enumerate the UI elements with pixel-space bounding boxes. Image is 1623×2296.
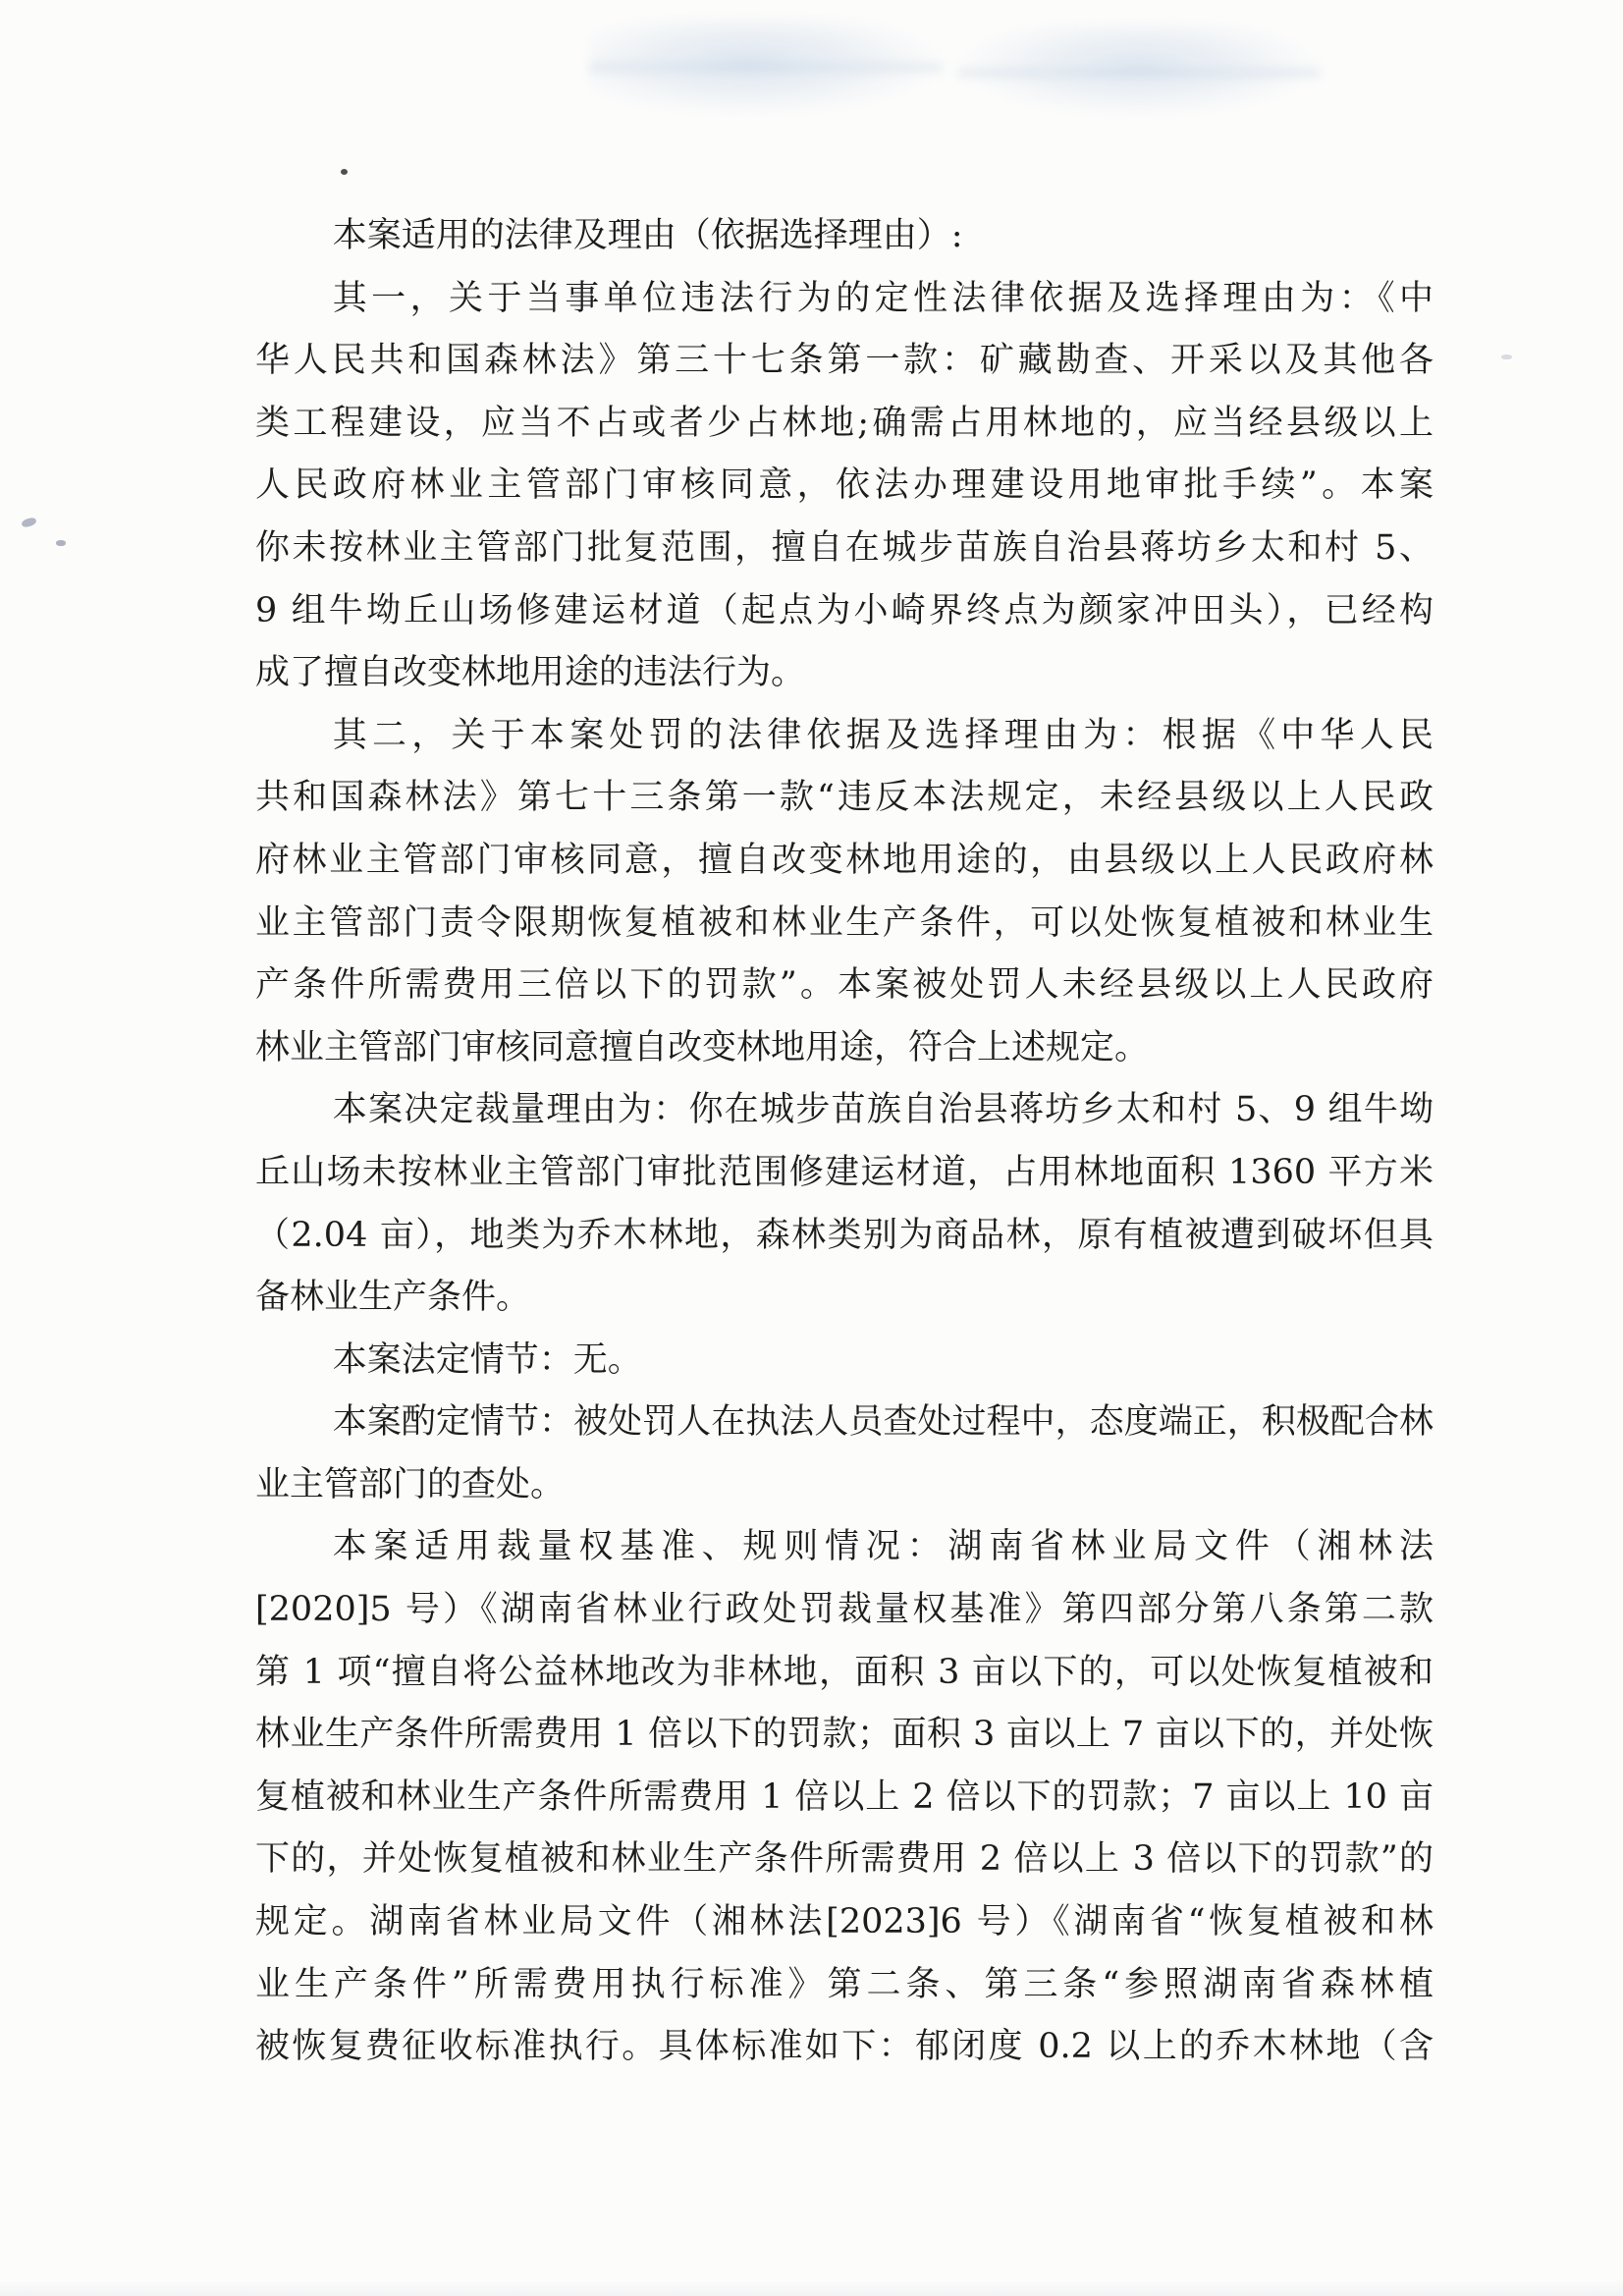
- text-line: 成了擅自改变林地用途的违法行为。: [255, 642, 1434, 705]
- text-line: 规定。湖南省林业局文件（湘林法[2023]6 号）《湖南省“恢复植被和林: [255, 1891, 1434, 1954]
- ink-bleed-smudge: [589, 18, 943, 116]
- text-line: 丘山场未按林业主管部门审批范围修建运材道，占用林地面积 1360 平方米: [255, 1142, 1434, 1205]
- scan-speck: [56, 540, 66, 546]
- scan-speck: [341, 169, 348, 175]
- text-line: 业主管部门责令限期恢复植被和林业生产条件，可以处恢复植被和林业生: [255, 893, 1434, 956]
- text-line: 本案酌定情节：被处罚人在执法人员查处过程中，态度端正，积极配合林: [255, 1392, 1434, 1454]
- text-line: 下的，并处恢复植被和林业生产条件所需费用 2 倍以上 3 倍以下的罚款”的: [255, 1829, 1434, 1891]
- text-line: 本案适用的法律及理由（依据选择理由）:: [255, 205, 1434, 268]
- text-line: 其二，关于本案处罚的法律依据及选择理由为：根据《中华人民: [255, 705, 1434, 768]
- scan-speck: [21, 517, 37, 528]
- text-line: 产条件所需费用三倍以下的罚款”。本案被处罚人未经县级以上人民政府: [255, 955, 1434, 1017]
- text-line: 府林业主管部门审核同意，擅自改变林地用途的，由县级以上人民政府林: [255, 830, 1434, 893]
- text-line: 林业主管部门审核同意擅自改变林地用途，符合上述规定。: [255, 1017, 1434, 1080]
- text-line: 本案决定裁量理由为：你在城步苗族自治县蒋坊乡太和村 5、9 组牛坳: [255, 1079, 1434, 1142]
- ink-bleed-smudge: [957, 24, 1321, 117]
- text-line: 被恢复费征收标准执行。具体标准如下：郁闭度 0.2 以上的乔木林地（含: [255, 2016, 1434, 2079]
- text-line: 类工程建设，应当不占或者少占林地;确需占用林地的，应当经县级以上: [255, 393, 1434, 456]
- document-text-body: 本案适用的法律及理由（依据选择理由）:其一，关于当事单位违法行为的定性法律依据及…: [255, 205, 1434, 2079]
- text-line: 业主管部门的查处。: [255, 1454, 1434, 1517]
- text-line: 本案适用裁量权基准、规则情况：湖南省林业局文件（湘林法: [255, 1516, 1434, 1579]
- text-line: 备林业生产条件。: [255, 1267, 1434, 1330]
- text-line: [2020]5 号）《湖南省林业行政处罚裁量权基准》第四部分第八条第二款: [255, 1579, 1434, 1642]
- text-line: 人民政府林业主管部门审核同意，依法办理建设用地审批手续”。本案: [255, 455, 1434, 518]
- text-line: 你未按林业主管部门批复范围，擅自在城步苗族自治县蒋坊乡太和村 5、: [255, 518, 1434, 580]
- text-line: 林业生产条件所需费用 1 倍以下的罚款；面积 3 亩以上 7 亩以下的，并处恢: [255, 1704, 1434, 1767]
- text-line: 业生产条件”所需费用执行标准》第二条、第三条“参照湖南省森林植: [255, 1954, 1434, 2017]
- text-line: 本案法定情节：无。: [255, 1330, 1434, 1393]
- text-line: 共和国森林法》第七十三条第一款“违反本法规定，未经县级以上人民政: [255, 767, 1434, 830]
- text-line: 其一，关于当事单位违法行为的定性法律依据及选择理由为：《中: [255, 268, 1434, 331]
- text-line: 华人民共和国森林法》第三十七条第一款：矿藏勘查、开采以及其他各: [255, 330, 1434, 393]
- text-line: 复植被和林业生产条件所需费用 1 倍以上 2 倍以下的罚款；7 亩以上 10 亩…: [255, 1767, 1434, 1830]
- document-page: 本案适用的法律及理由（依据选择理由）:其一，关于当事单位违法行为的定性法律依据及…: [0, 0, 1623, 2296]
- text-line: （2.04 亩），地类为乔木林地，森林类别为商品林，原有植被遭到破坏但具: [255, 1205, 1434, 1268]
- text-line: 第 1 项“擅自将公益林地改为非林地，面积 3 亩以下的，可以处恢复植被和: [255, 1642, 1434, 1705]
- scan-edge-shadow: [0, 2280, 1623, 2296]
- scan-speck: [1501, 355, 1512, 359]
- text-line: 9 组牛坳丘山场修建运材道（起点为小崎界终点为颜家冲田头），已经构: [255, 580, 1434, 643]
